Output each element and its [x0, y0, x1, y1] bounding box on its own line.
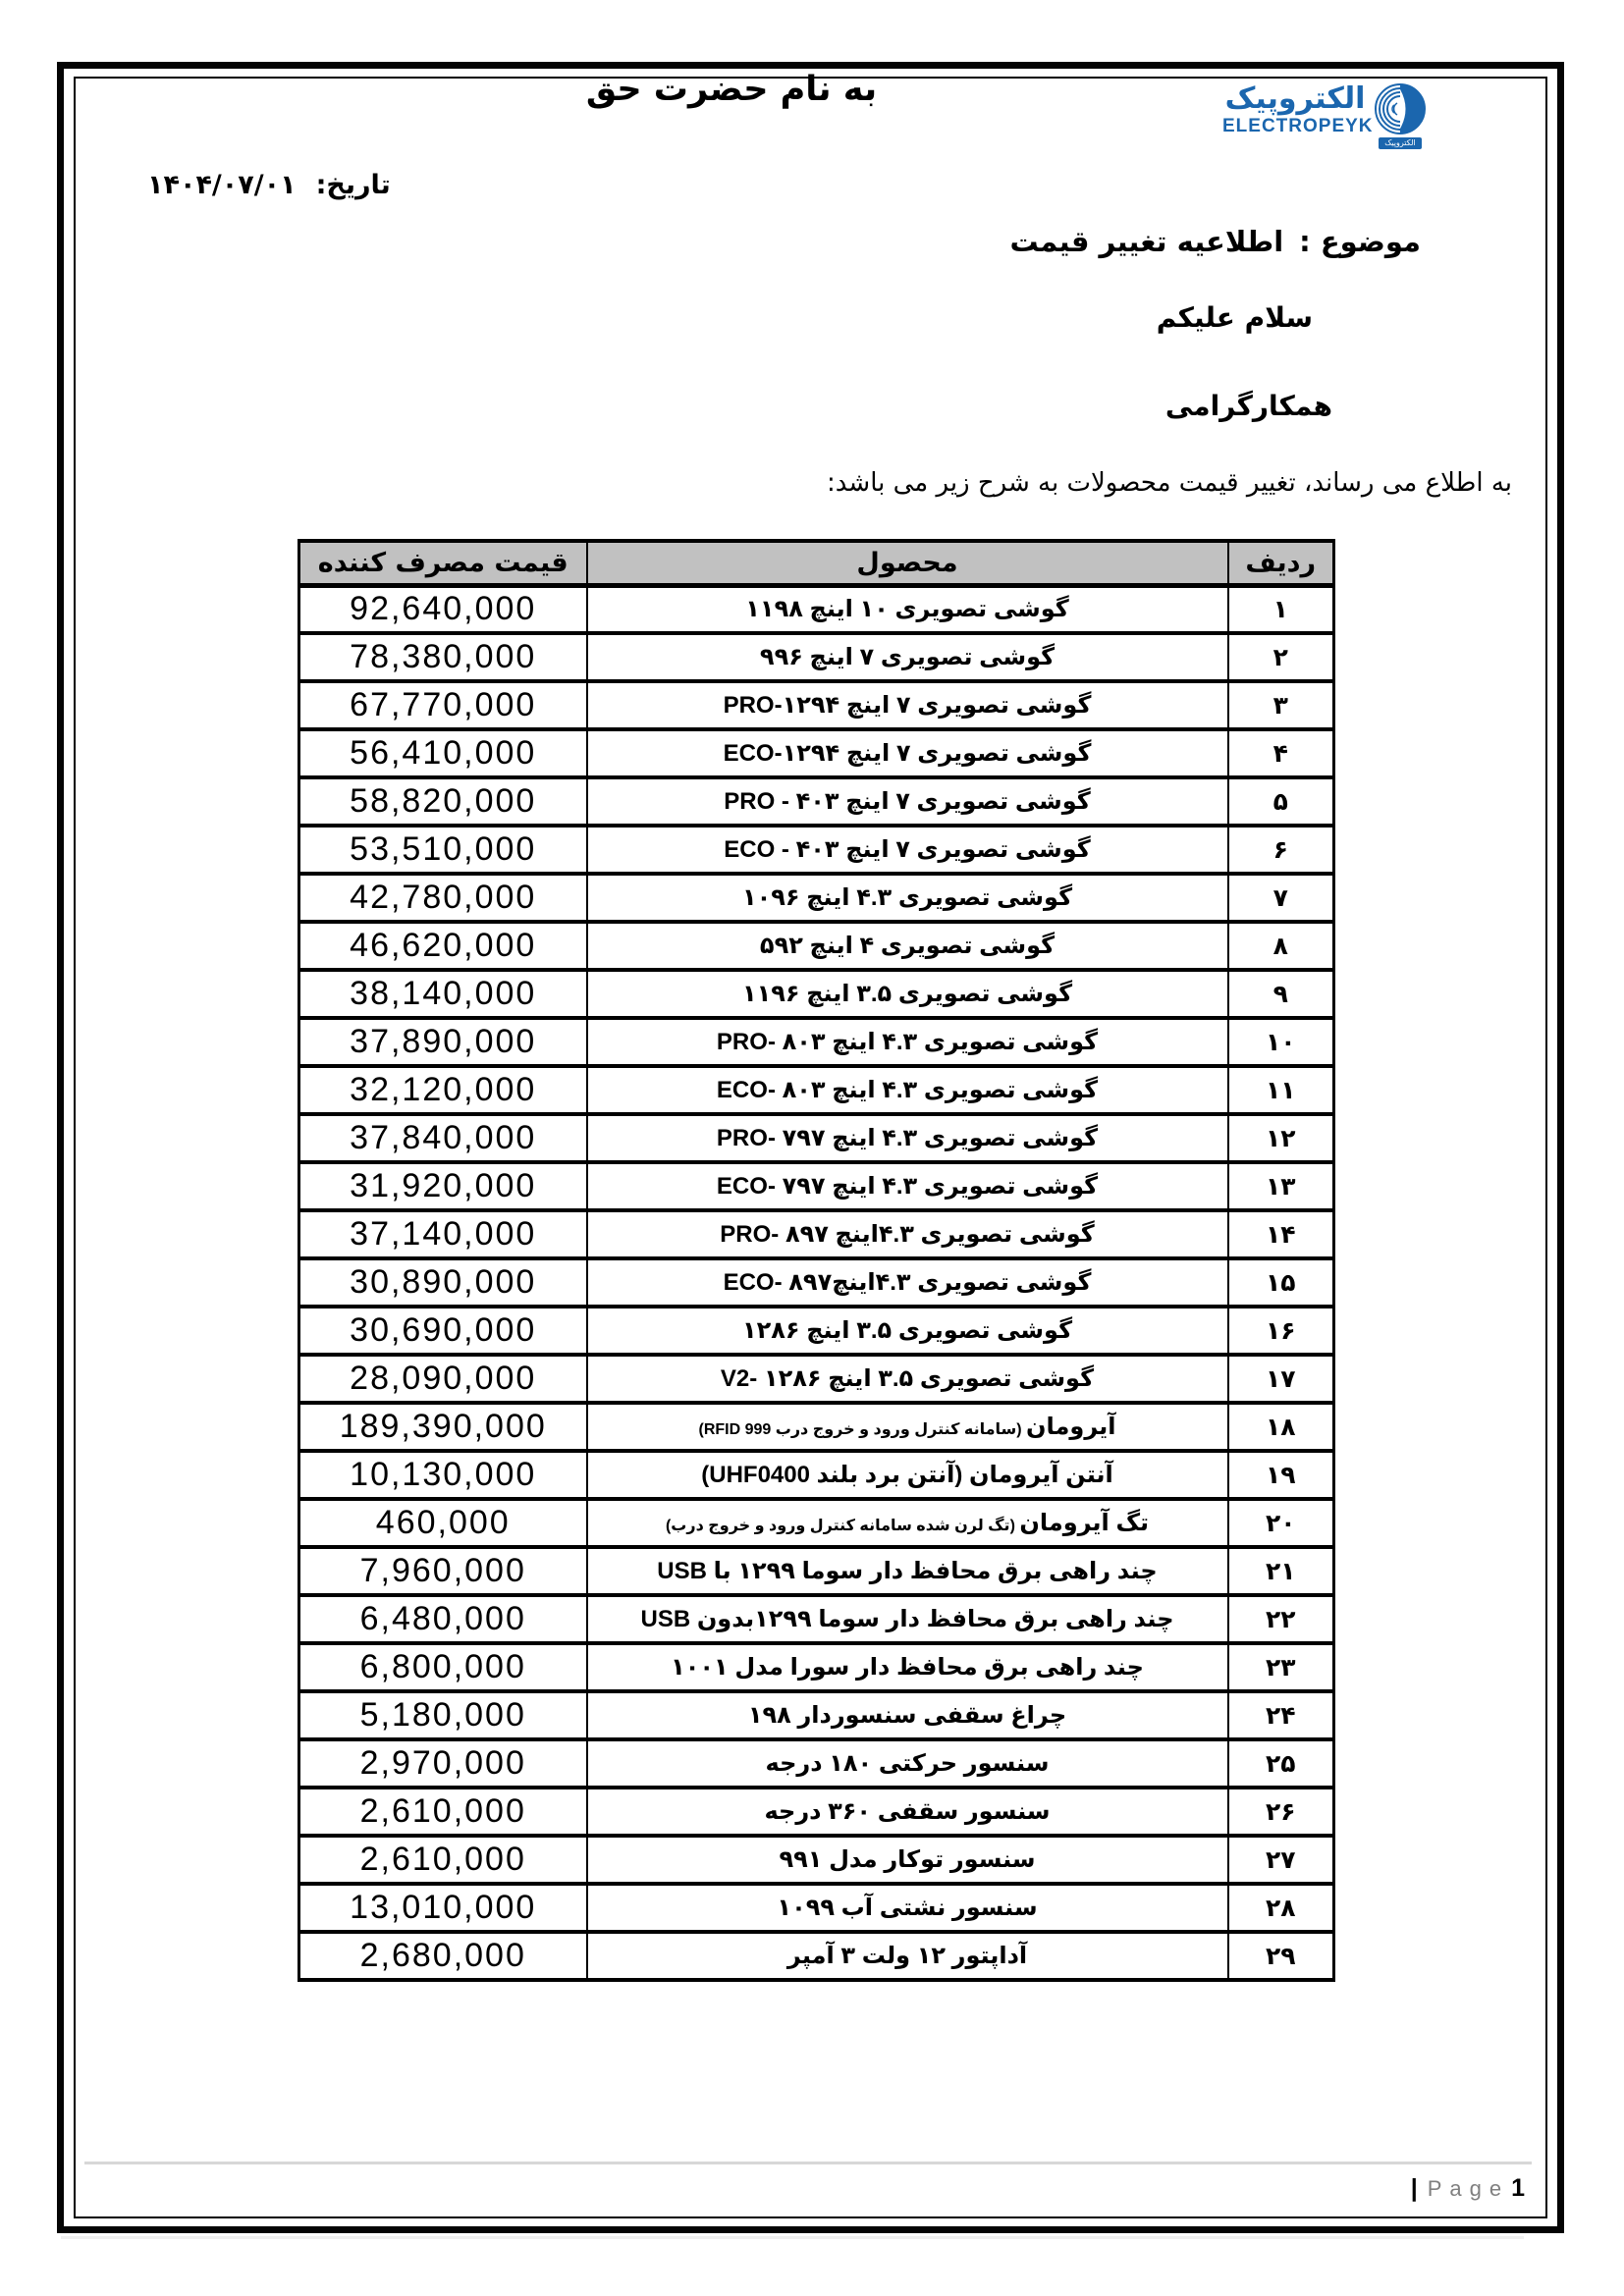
row-number-cell: ۱۲ — [1228, 1114, 1334, 1162]
product-cell: آنتن آیرومان (آنتن برد بلند UHF0400) — [587, 1451, 1228, 1499]
product-cell: گوشی تصویری ۷ اینچ ۴۰۳ - PRO — [587, 777, 1228, 826]
row-number-cell: ۹ — [1228, 970, 1334, 1018]
row-number-cell: ۵ — [1228, 777, 1334, 826]
logo-badge: الکتروپیک — [1379, 137, 1422, 149]
table-row: ۱۹آنتن آیرومان (آنتن برد بلند UHF0400)10… — [299, 1451, 1334, 1499]
price-cell: 460,000 — [299, 1499, 587, 1547]
row-number-cell: ۴ — [1228, 729, 1334, 777]
price-cell: 2,970,000 — [299, 1739, 587, 1788]
intro-line: به اطلاع می رساند، تغییر قیمت محصولات به… — [827, 467, 1512, 500]
price-cell: 37,840,000 — [299, 1114, 587, 1162]
table-row: ۱۵گوشی تصویری ۴.۳اینچ۸۹۷ -ECO30,890,000 — [299, 1258, 1334, 1307]
table-row: ۱۱گوشی تصویری ۴.۳ اینچ ۸۰۳ -ECO32,120,00… — [299, 1066, 1334, 1114]
product-cell: گوشی تصویری ۴.۳ اینچ ۷۹۷ -PRO — [587, 1114, 1228, 1162]
bismillah-heading: به نام حضرت حق — [79, 69, 1384, 112]
product-cell: گوشی تصویری ۴.۳ اینچ ۸۰۳ -PRO — [587, 1018, 1228, 1066]
price-cell: 6,800,000 — [299, 1643, 587, 1691]
subject-label: موضوع : — [1299, 225, 1421, 258]
product-cell: گوشی تصویری ۷ اینچ ۱۲۹۴-PRO — [587, 681, 1228, 729]
row-number-cell: ۱۸ — [1228, 1403, 1334, 1451]
row-number-cell: ۱۵ — [1228, 1258, 1334, 1307]
product-cell: گوشی تصویری ۴.۳ اینچ ۱۰۹۶ — [587, 874, 1228, 922]
greeting-line: سلام علیکم — [1157, 300, 1313, 335]
row-number-cell: ۲۵ — [1228, 1739, 1334, 1788]
row-number-cell: ۲۱ — [1228, 1547, 1334, 1595]
price-cell: 58,820,000 — [299, 777, 587, 826]
subject-line: موضوع :اطلاعیه تغییر قیمت — [1009, 224, 1421, 259]
product-cell: سنسور حرکتی ۱۸۰ درجه — [587, 1739, 1228, 1788]
price-table-body: ۱گوشی تصویری ۱۰ اینچ ۱۱۹۸92,640,000۲گوشی… — [299, 585, 1334, 1980]
product-cell: گوشی تصویری ۴.۳ اینچ ۸۰۳ -ECO — [587, 1066, 1228, 1114]
table-row: ۶گوشی تصویری ۷ اینچ ۴۰۳ - ECO53,510,000 — [299, 826, 1334, 874]
price-cell: 56,410,000 — [299, 729, 587, 777]
product-cell: گوشی تصویری ۴.۳ اینچ ۷۹۷ -ECO — [587, 1162, 1228, 1210]
table-row: ۱۲گوشی تصویری ۴.۳ اینچ ۷۹۷ -PRO37,840,00… — [299, 1114, 1334, 1162]
price-cell: 46,620,000 — [299, 922, 587, 970]
row-number-cell: ۱۴ — [1228, 1210, 1334, 1258]
product-cell: سنسور سقفی ۳۶۰ درجه — [587, 1788, 1228, 1836]
row-number-cell: ۲۳ — [1228, 1643, 1334, 1691]
price-cell: 2,610,000 — [299, 1788, 587, 1836]
price-cell: 32,120,000 — [299, 1066, 587, 1114]
table-row: ۲۲چند راهی برق محافظ دار سوما ۱۲۹۹بدون U… — [299, 1595, 1334, 1643]
table-row: ۲۸سنسور نشتی آب ۱۰۹۹13,010,000 — [299, 1884, 1334, 1932]
product-cell: گوشی تصویری ۳.۵ اینچ ۱۲۸۶ — [587, 1307, 1228, 1355]
table-row: ۲۹آداپتور ۱۲ ولت ۳ آمپر2,680,000 — [299, 1932, 1334, 1980]
price-cell: 78,380,000 — [299, 633, 587, 681]
price-cell: 2,680,000 — [299, 1932, 587, 1980]
row-number-cell: ۲۲ — [1228, 1595, 1334, 1643]
row-number-cell: ۱۱ — [1228, 1066, 1334, 1114]
logo-emblem: الکتروپیک — [1374, 82, 1427, 149]
table-row: ۴گوشی تصویری ۷ اینچ ۱۲۹۴-ECO56,410,000 — [299, 729, 1334, 777]
footer-page-number: 1 — [1511, 2174, 1525, 2202]
product-cell: گوشی تصویری ۷ اینچ ۴۰۳ - ECO — [587, 826, 1228, 874]
date-line: تاریخ:۱۴۰۴/۰۷/۰۱ — [147, 169, 391, 202]
header-row-number: ردیف — [1228, 541, 1334, 585]
product-cell: گوشی تصویری ۷ اینچ ۹۹۶ — [587, 633, 1228, 681]
price-cell: 10,130,000 — [299, 1451, 587, 1499]
price-cell: 30,890,000 — [299, 1258, 587, 1307]
frame-shadow — [61, 2236, 1524, 2239]
row-number-cell: ۲۷ — [1228, 1836, 1334, 1884]
price-cell: 67,770,000 — [299, 681, 587, 729]
table-row: ۱۴گوشی تصویری ۴.۳اینچ ۸۹۷ -PRO37,140,000 — [299, 1210, 1334, 1258]
product-cell: آیرومان(سامانه کنترل ورود و خروج درب RFI… — [587, 1403, 1228, 1451]
product-cell: چراغ سقفی سنسوردار ۱۹۸ — [587, 1691, 1228, 1739]
product-cell: چند راهی برق محافظ دار سوما ۱۲۹۹ با USB — [587, 1547, 1228, 1595]
row-number-cell: ۲۸ — [1228, 1884, 1334, 1932]
row-number-cell: ۲۶ — [1228, 1788, 1334, 1836]
row-number-cell: ۱ — [1228, 585, 1334, 633]
table-row: ۱۷گوشی تصویری ۳.۵ اینچ ۱۲۸۶ -V228,090,00… — [299, 1355, 1334, 1403]
table-row: ۲۱چند راهی برق محافظ دار سوما ۱۲۹۹ با US… — [299, 1547, 1334, 1595]
row-number-cell: ۶ — [1228, 826, 1334, 874]
page-footer: |Page1 — [1411, 2173, 1525, 2204]
table-row: ۲۳چند راهی برق محافظ دار سورا مدل ۱۰۰۱6,… — [299, 1643, 1334, 1691]
row-number-cell: ۳ — [1228, 681, 1334, 729]
table-row: ۳گوشی تصویری ۷ اینچ ۱۲۹۴-PRO67,770,000 — [299, 681, 1334, 729]
product-cell: سنسور توکار مدل ۹۹۱ — [587, 1836, 1228, 1884]
row-number-cell: ۱۶ — [1228, 1307, 1334, 1355]
price-cell: 53,510,000 — [299, 826, 587, 874]
table-row: ۱گوشی تصویری ۱۰ اینچ ۱۱۹۸92,640,000 — [299, 585, 1334, 633]
row-number-cell: ۲۹ — [1228, 1932, 1334, 1980]
footer-divider — [84, 2162, 1532, 2164]
table-row: ۸گوشی تصویری ۴ اینچ ۵۹۲46,620,000 — [299, 922, 1334, 970]
product-cell: گوشی تصویری ۴.۳اینچ۸۹۷ -ECO — [587, 1258, 1228, 1307]
header-product: محصول — [587, 541, 1228, 585]
price-cell: 38,140,000 — [299, 970, 587, 1018]
price-cell: 7,960,000 — [299, 1547, 587, 1595]
table-row: ۱۰گوشی تصویری ۴.۳ اینچ ۸۰۳ -PRO37,890,00… — [299, 1018, 1334, 1066]
page: { "letter": { "bismillah": "به نام حضرت … — [0, 0, 1624, 2296]
logo-wordmarks: الکتروپیک ELECTROPEYK — [1222, 82, 1368, 137]
logo-latin-wordmark: ELECTROPEYK — [1222, 116, 1368, 137]
product-cell: گوشی تصویری ۴.۳اینچ ۸۹۷ -PRO — [587, 1210, 1228, 1258]
product-cell: تگ آیرومان(تگ لرن شده سامانه کنترل ورود … — [587, 1499, 1228, 1547]
price-cell: 30,690,000 — [299, 1307, 587, 1355]
table-row: ۵گوشی تصویری ۷ اینچ ۴۰۳ - PRO58,820,000 — [299, 777, 1334, 826]
header-price: قیمت مصرف کننده — [299, 541, 587, 585]
price-cell: 31,920,000 — [299, 1162, 587, 1210]
row-number-cell: ۲۰ — [1228, 1499, 1334, 1547]
table-header-row: ردیف محصول قیمت مصرف کننده — [299, 541, 1334, 585]
table-row: ۲۶سنسور سقفی ۳۶۰ درجه2,610,000 — [299, 1788, 1334, 1836]
product-cell: گوشی تصویری ۷ اینچ ۱۲۹۴-ECO — [587, 729, 1228, 777]
table-row: ۱۶گوشی تصویری ۳.۵ اینچ ۱۲۸۶30,690,000 — [299, 1307, 1334, 1355]
logo-persian-wordmark: الکتروپیک — [1222, 82, 1368, 115]
price-cell: 13,010,000 — [299, 1884, 587, 1932]
row-number-cell: ۲ — [1228, 633, 1334, 681]
row-number-cell: ۷ — [1228, 874, 1334, 922]
product-cell: گوشی تصویری ۳.۵ اینچ ۱۱۹۶ — [587, 970, 1228, 1018]
price-cell: 189,390,000 — [299, 1403, 587, 1451]
footer-page-label: Page — [1428, 2176, 1509, 2201]
row-number-cell: ۱۳ — [1228, 1162, 1334, 1210]
product-cell: گوشی تصویری ۳.۵ اینچ ۱۲۸۶ -V2 — [587, 1355, 1228, 1403]
product-cell: چند راهی برق محافظ دار سوما ۱۲۹۹بدون USB — [587, 1595, 1228, 1643]
table-row: ۷گوشی تصویری ۴.۳ اینچ ۱۰۹۶42,780,000 — [299, 874, 1334, 922]
company-logo: الکتروپیک ELECTROPEYK الکتروپیک — [1222, 82, 1431, 157]
product-cell: آداپتور ۱۲ ولت ۳ آمپر — [587, 1932, 1228, 1980]
table-row: ۹گوشی تصویری ۳.۵ اینچ ۱۱۹۶38,140,000 — [299, 970, 1334, 1018]
subject-value: اطلاعیه تغییر قیمت — [1009, 225, 1283, 258]
price-cell: 92,640,000 — [299, 585, 587, 633]
price-cell: 6,480,000 — [299, 1595, 587, 1643]
price-table: ردیف محصول قیمت مصرف کننده ۱گوشی تصویری … — [298, 539, 1335, 1982]
product-cell: گوشی تصویری ۱۰ اینچ ۱۱۹۸ — [587, 585, 1228, 633]
table-row: ۱۸آیرومان(سامانه کنترل ورود و خروج درب R… — [299, 1403, 1334, 1451]
row-number-cell: ۲۴ — [1228, 1691, 1334, 1739]
row-number-cell: ۱۷ — [1228, 1355, 1334, 1403]
footer-separator: | — [1411, 2174, 1418, 2202]
table-row: ۲۰تگ آیرومان(تگ لرن شده سامانه کنترل ورو… — [299, 1499, 1334, 1547]
table-row: ۲۵سنسور حرکتی ۱۸۰ درجه2,970,000 — [299, 1739, 1334, 1788]
salutation-line: همکارگرامی — [1165, 389, 1332, 423]
row-number-cell: ۸ — [1228, 922, 1334, 970]
price-cell: 5,180,000 — [299, 1691, 587, 1739]
price-cell: 42,780,000 — [299, 874, 587, 922]
table-row: ۲۷سنسور توکار مدل ۹۹۱2,610,000 — [299, 1836, 1334, 1884]
date-value: ۱۴۰۴/۰۷/۰۱ — [147, 170, 297, 200]
product-cell: سنسور نشتی آب ۱۰۹۹ — [587, 1884, 1228, 1932]
row-number-cell: ۱۹ — [1228, 1451, 1334, 1499]
row-number-cell: ۱۰ — [1228, 1018, 1334, 1066]
price-cell: 37,890,000 — [299, 1018, 587, 1066]
date-label: تاریخ: — [316, 170, 391, 200]
electropeyk-emblem-icon — [1374, 82, 1427, 135]
product-cell: گوشی تصویری ۴ اینچ ۵۹۲ — [587, 922, 1228, 970]
product-cell: چند راهی برق محافظ دار سورا مدل ۱۰۰۱ — [587, 1643, 1228, 1691]
price-cell: 37,140,000 — [299, 1210, 587, 1258]
price-cell: 28,090,000 — [299, 1355, 587, 1403]
price-cell: 2,610,000 — [299, 1836, 587, 1884]
table-row: ۱۳گوشی تصویری ۴.۳ اینچ ۷۹۷ -ECO31,920,00… — [299, 1162, 1334, 1210]
table-row: ۲۴چراغ سقفی سنسوردار ۱۹۸5,180,000 — [299, 1691, 1334, 1739]
table-row: ۲گوشی تصویری ۷ اینچ ۹۹۶78,380,000 — [299, 633, 1334, 681]
